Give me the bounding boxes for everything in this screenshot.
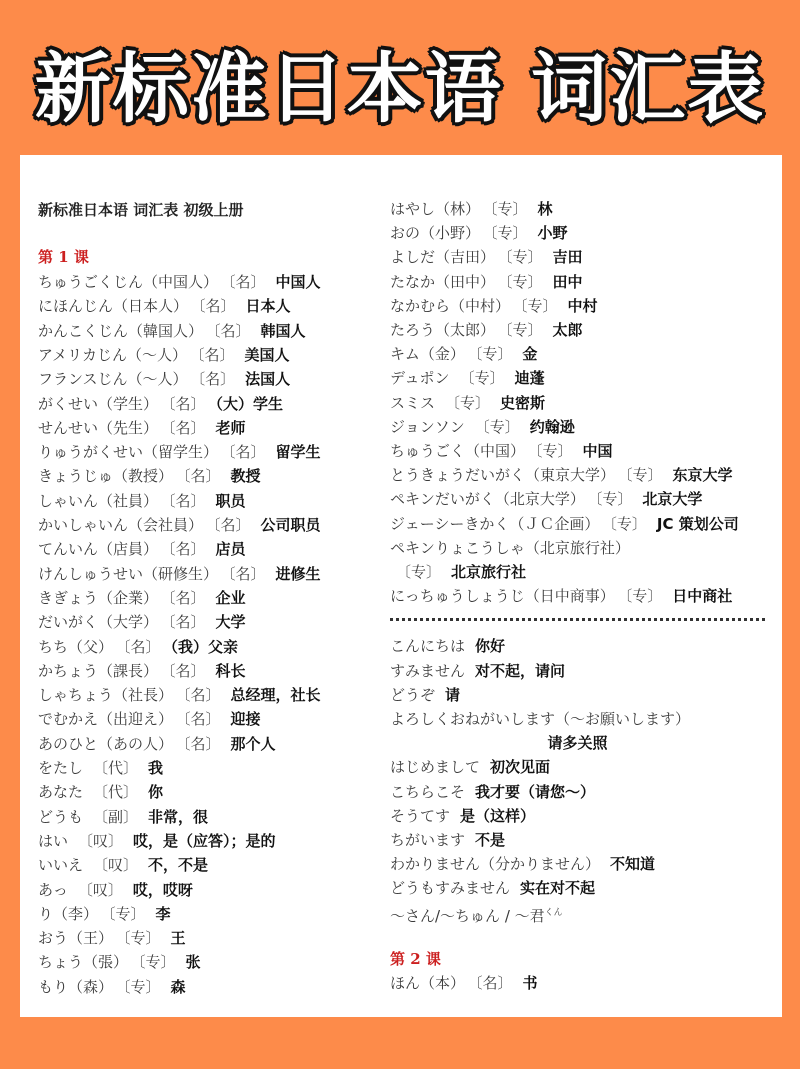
phrase-entry: そうてす是（这样）: [390, 804, 535, 828]
entry-meaning: 中村: [568, 297, 598, 315]
entry-meaning: （我）父亲: [171, 638, 239, 656]
entry-reading: アメリカじん（～人）: [38, 346, 187, 364]
entry-reading: キム（金）: [390, 345, 465, 363]
vocab-entry: ジョンソン〔专〕约翰逊: [390, 415, 575, 439]
entry-part-of-speech: 〔名〕: [168, 540, 206, 558]
vocab-entry: たろう（太郎）〔专〕太郎: [390, 318, 583, 342]
entry-part-of-speech: 〔专〕: [108, 905, 146, 923]
entry-part-of-speech: 〔专〕: [520, 297, 558, 315]
entry-part-of-speech: 〔代〕: [93, 783, 138, 801]
phrase-reading: どうもすみません: [390, 879, 510, 897]
entry-meaning: 迪蓬: [515, 369, 545, 387]
entry-part-of-speech: 〔专〕: [609, 515, 647, 533]
entry-meaning: 林: [538, 200, 553, 218]
phrase-meaning: 是（这样）: [460, 807, 535, 825]
dotted-divider: [390, 618, 765, 621]
phrase-reading: わかりません（分かりません）: [390, 855, 600, 873]
entry-reading: しゃちょう（社長）: [38, 686, 173, 704]
entry-meaning: 李: [156, 905, 171, 923]
entry-reading: かんこくじん（韓国人）: [38, 322, 203, 340]
phrase-reading: すみません: [390, 662, 465, 680]
entry-part-of-speech: 〔名〕: [168, 492, 206, 510]
vocab-entry: しゃちょう（社長）〔名〕总经理，社长: [38, 683, 321, 707]
vocab-entry: ジェーシーきかく（ＪＣ企画）〔专〕JC 策划公司: [390, 512, 739, 536]
entry-reading: ちょう（張）: [38, 953, 128, 971]
entry-reading: せんせい（先生）: [38, 419, 158, 437]
entry-part-of-speech: 〔名〕: [168, 662, 206, 680]
vocab-entry: あのひと（あの人）〔名〕那个人: [38, 732, 276, 756]
entry-reading: きょうじゅ（教授）: [38, 467, 173, 485]
entry-reading: ちゅうごく（中国）: [390, 442, 525, 460]
vocab-entry: ペキンりょこうしゃ（北京旅行社）: [390, 536, 630, 560]
phrase-meaning: 实在对不起: [520, 879, 595, 897]
entry-meaning: 非常，很: [148, 808, 208, 826]
phrase-reading: よろしくおねがいします（～お願いします）: [390, 710, 690, 728]
entry-part-of-speech: 〔专〕: [396, 563, 441, 581]
entry-meaning: （大）学生: [216, 395, 284, 413]
phrase-entry: 请多关照: [390, 731, 765, 755]
entry-meaning: 公司职员: [261, 516, 321, 534]
entry-meaning: 日中商社: [672, 587, 732, 605]
vocab-entry: スミス〔专〕史密斯: [390, 391, 545, 415]
entry-reading: どうも: [38, 808, 83, 826]
phrase-entry: はじめまして初次见面: [390, 755, 550, 779]
document-title: 新标准日本语 词汇表 初级上册: [38, 198, 243, 222]
vocab-entry: てんいん（店員）〔名〕店员: [38, 537, 246, 561]
entry-part-of-speech: 〔叹〕: [78, 832, 123, 850]
entry-meaning: 迎接: [231, 710, 261, 728]
entry-part-of-speech: 〔专〕: [138, 953, 176, 971]
entry-part-of-speech: 〔名〕: [197, 346, 235, 364]
entry-meaning: 约翰逊: [530, 418, 575, 436]
entry-meaning: 总经理，社长: [231, 686, 321, 704]
entry-reading: フランスじん（～人）: [38, 370, 188, 388]
vocab-entry: ちち（父）〔名〕（我）父亲: [38, 635, 238, 659]
vocab-entry: なかむら（中村）〔专〕中村: [390, 294, 598, 318]
vocab-entry: かんこくじん（韓国人）〔名〕韩国人: [38, 319, 306, 343]
vocab-entry: せんせい（先生）〔名〕老师: [38, 416, 246, 440]
entry-reading: がくせい（学生）: [38, 395, 158, 413]
entry-part-of-speech: 〔名〕: [183, 686, 221, 704]
phrase-entry: どうもすみません实在对不起: [390, 876, 595, 900]
phrase-reading: はじめまして: [390, 758, 480, 776]
entry-part-of-speech: 〔专〕: [625, 466, 663, 484]
entry-part-of-speech: 〔名〕: [123, 638, 161, 656]
phrase-entry: どうぞ请: [390, 683, 460, 707]
entry-reading: あのひと（あの人）: [38, 735, 173, 753]
entry-reading: たなか（田中）: [390, 273, 495, 291]
entry-part-of-speech: 〔名〕: [168, 395, 206, 413]
entry-reading: はやし（林）: [390, 200, 480, 218]
vocab-entry: もり（森）〔专〕森: [38, 975, 186, 999]
entry-reading: にほんじん（日本人）: [38, 297, 188, 315]
vocab-entry: あっ〔叹〕哎，哎呀: [38, 878, 193, 902]
entry-part-of-speech: 〔名〕: [228, 273, 266, 291]
entry-part-of-speech: 〔名〕: [475, 974, 513, 992]
vocab-entry: 〔专〕北京旅行社: [390, 560, 526, 584]
entry-meaning: 留学生: [276, 443, 321, 461]
entry-meaning: 美国人: [244, 346, 289, 364]
entry-meaning: 太郎: [553, 321, 583, 339]
phrase-entry: すみません对不起，请问: [390, 659, 565, 683]
vocab-entry: きぎょう（企業）〔名〕企业: [38, 586, 246, 610]
entry-reading: り（李）: [38, 905, 98, 923]
entry-reading: をたし: [38, 759, 83, 777]
entry-part-of-speech: 〔专〕: [625, 587, 663, 605]
entry-reading: よしだ（吉田）: [390, 248, 495, 266]
phrase-entry: わかりません（分かりません）不知道: [390, 852, 655, 876]
vocab-entry: いいえ〔叹〕不，不是: [38, 853, 208, 877]
phrase-reading: どうぞ: [390, 686, 435, 704]
phrase-entry: こちらこそ我才要（请您～）: [390, 780, 595, 804]
entry-reading: しゃいん（社員）: [38, 492, 158, 510]
phrase-entry: こんにちは你好: [390, 634, 505, 658]
entry-meaning: 教授: [231, 467, 261, 485]
entry-part-of-speech: 〔名〕: [198, 297, 236, 315]
vocab-entry: キム（金）〔专〕金: [390, 342, 537, 366]
entry-reading: おう（王）: [38, 929, 113, 947]
entry-meaning: 吉田: [553, 248, 583, 266]
entry-reading: かいしゃいん（会社員）: [38, 516, 203, 534]
entry-reading: ちち（父）: [38, 638, 113, 656]
phrase-meaning: 请多关照: [547, 734, 607, 752]
phrase-meaning: 初次见面: [490, 758, 550, 776]
entry-meaning: 法国人: [245, 370, 290, 388]
entry-part-of-speech: 〔专〕: [505, 321, 543, 339]
entry-part-of-speech: 〔专〕: [123, 978, 161, 996]
vocab-entry: にほんじん（日本人）〔名〕日本人: [38, 294, 291, 318]
entry-meaning: 中国人: [276, 273, 321, 291]
phrase-entry: ちがいます不是: [390, 828, 505, 852]
vocab-entry: おの（小野）〔专〕小野: [390, 221, 568, 245]
entry-meaning: JC 策划公司: [657, 515, 739, 533]
entry-meaning: 史密斯: [500, 394, 545, 412]
entry-reading: にっちゅうしょうじ（日中商事）: [390, 587, 615, 605]
phrase-reading: こんにちは: [390, 637, 465, 655]
vocab-entry: あなた〔代〕你: [38, 780, 163, 804]
vocab-entry: はい〔叹〕哎，是（应答）；是的: [38, 829, 276, 853]
phrase-reading: こちらこそ: [390, 783, 465, 801]
entry-meaning: 韩国人: [261, 322, 306, 340]
vocab-entry: ほん（本）〔名〕书: [390, 971, 538, 995]
phrase-meaning: 不知道: [610, 855, 655, 873]
entry-meaning: 东京大学: [673, 466, 733, 484]
phrase-meaning: 你好: [475, 637, 505, 655]
entry-reading: ちゅうごくじん（中国人）: [38, 273, 218, 291]
entry-part-of-speech: 〔名〕: [213, 516, 251, 534]
vocab-entry: り（李）〔专〕李: [38, 902, 171, 926]
entry-reading: りゅうがくせい（留学生）: [38, 443, 218, 461]
vocab-entry: ちょう（張）〔专〕张: [38, 950, 201, 974]
entry-reading: とうきょうだいがく（東京大学）: [390, 466, 615, 484]
entry-meaning: 企业: [216, 589, 246, 607]
entry-meaning: 店员: [216, 540, 246, 558]
entry-part-of-speech: 〔名〕: [183, 710, 221, 728]
banner-title: 新标准日本语 词汇表: [35, 28, 765, 137]
vocab-entry: しゃいん（社員）〔名〕职员: [38, 489, 246, 513]
vocab-entry: はやし（林）〔专〕林: [390, 197, 553, 221]
entry-meaning: 大学: [216, 613, 246, 631]
vocab-entry: りゅうがくせい（留学生）〔名〕留学生: [38, 440, 321, 464]
vocab-entry: よしだ（吉田）〔专〕吉田: [390, 245, 583, 269]
entry-part-of-speech: 〔名〕: [183, 735, 221, 753]
entry-reading: なかむら（中村）: [390, 297, 510, 315]
vocab-entry: ちゅうごく（中国）〔专〕中国: [390, 439, 613, 463]
vocab-entry: きょうじゅ（教授）〔名〕教授: [38, 464, 261, 488]
phrase-entry: よろしくおねがいします（～お願いします）: [390, 707, 690, 731]
entry-reading: スミス: [390, 394, 435, 412]
phrase-entry: ～さん/～ちゅん / ～君くん: [390, 901, 563, 925]
entry-reading: てんいん（店員）: [38, 540, 158, 558]
entry-reading: ほん（本）: [390, 974, 465, 992]
entry-part-of-speech: 〔叹〕: [78, 881, 123, 899]
entry-part-of-speech: 〔叹〕: [93, 856, 138, 874]
vocab-entry: かいしゃいん（会社員）〔名〕公司职员: [38, 513, 321, 537]
entry-meaning: 森: [171, 978, 186, 996]
phrase-meaning: 请: [445, 686, 460, 704]
entry-part-of-speech: 〔名〕: [198, 370, 236, 388]
entry-part-of-speech: 〔专〕: [445, 394, 490, 412]
entry-reading: デュポン: [390, 369, 450, 387]
entry-reading: あっ: [38, 881, 68, 899]
vocab-entry: アメリカじん（～人）〔名〕美国人: [38, 343, 289, 367]
vocab-entry: でむかえ（出迎え）〔名〕迎接: [38, 707, 261, 731]
entry-meaning: 书: [523, 974, 538, 992]
entry-meaning: 张: [186, 953, 201, 971]
entry-part-of-speech: 〔专〕: [123, 929, 161, 947]
vocab-entry: かちょう（課長）〔名〕科长: [38, 659, 246, 683]
entry-reading: ジョンソン: [390, 418, 465, 436]
entry-part-of-speech: 〔专〕: [475, 345, 513, 363]
entry-part-of-speech: 〔专〕: [535, 442, 573, 460]
entry-part-of-speech: 〔专〕: [595, 490, 633, 508]
lesson-2-heading: 第 2 课: [390, 947, 441, 971]
entry-reading: かちょう（課長）: [38, 662, 158, 680]
entry-meaning: 哎，哎呀: [133, 881, 193, 899]
entry-part-of-speech: 〔名〕: [228, 565, 266, 583]
phrase-reading: ～さん/～ちゅん / ～君: [390, 907, 545, 925]
entry-meaning: 小野: [538, 224, 568, 242]
vocab-entry: ペキンだいがく（北京大学）〔专〕北京大学: [390, 487, 702, 511]
entry-meaning: 那个人: [231, 735, 276, 753]
vocab-entry: けんしゅうせい（研修生）〔名〕进修生: [38, 562, 321, 586]
entry-reading: あなた: [38, 783, 83, 801]
vocab-panel: 新标准日本语 词汇表 初级上册 第 1 课 ちゅうごくじん（中国人）〔名〕中国人…: [20, 155, 782, 1017]
vocab-entry: おう（王）〔专〕王: [38, 926, 186, 950]
entry-meaning: 进修生: [276, 565, 321, 583]
vocab-entry: をたし〔代〕我: [38, 756, 163, 780]
entry-reading: ジェーシーきかく（ＪＣ企画）: [390, 515, 599, 533]
entry-meaning: 职员: [216, 492, 246, 510]
phrase-reading: そうてす: [390, 807, 450, 825]
entry-part-of-speech: 〔名〕: [168, 589, 206, 607]
phrase-meaning: 我才要（请您～）: [475, 783, 595, 801]
vocab-entry: どうも〔副〕非常，很: [38, 805, 208, 829]
phrase-meaning: 不是: [475, 831, 505, 849]
entry-meaning: 金: [522, 345, 537, 363]
entry-part-of-speech: 〔专〕: [505, 248, 543, 266]
entry-meaning: 我: [148, 759, 163, 777]
ruby-annotation: くん: [545, 908, 563, 918]
entry-meaning: 你: [148, 783, 163, 801]
entry-part-of-speech: 〔名〕: [168, 419, 206, 437]
entry-part-of-speech: 〔专〕: [475, 418, 520, 436]
entry-reading: たろう（太郎）: [390, 321, 495, 339]
entry-part-of-speech: 〔专〕: [460, 369, 505, 387]
entry-part-of-speech: 〔名〕: [213, 322, 251, 340]
entry-meaning: 中国: [583, 442, 613, 460]
entry-reading: ペキンだいがく（北京大学）: [390, 490, 585, 508]
vocab-entry: がくせい（学生）〔名〕（大）学生: [38, 392, 283, 416]
entry-reading: おの（小野）: [390, 224, 480, 242]
entry-meaning: 田中: [553, 273, 583, 291]
vocab-entry: だいがく（大学）〔名〕大学: [38, 610, 246, 634]
entry-reading: けんしゅうせい（研修生）: [38, 565, 218, 583]
entry-meaning: 不，不是: [148, 856, 208, 874]
entry-part-of-speech: 〔名〕: [228, 443, 266, 461]
entry-part-of-speech: 〔代〕: [93, 759, 138, 777]
phrase-reading: ちがいます: [390, 831, 465, 849]
entry-part-of-speech: 〔专〕: [490, 200, 528, 218]
entry-reading: はい: [38, 832, 68, 850]
entry-meaning: 北京大学: [642, 490, 702, 508]
entry-reading: きぎょう（企業）: [38, 589, 158, 607]
vocab-entry: とうきょうだいがく（東京大学）〔专〕东京大学: [390, 463, 733, 487]
entry-reading: もり（森）: [38, 978, 113, 996]
entry-part-of-speech: 〔名〕: [168, 613, 206, 631]
vocab-entry: ちゅうごくじん（中国人）〔名〕中国人: [38, 270, 321, 294]
entry-reading: いいえ: [38, 856, 83, 874]
vocab-entry: デュポン〔专〕迪蓬: [390, 366, 545, 390]
vocab-entry: たなか（田中）〔专〕田中: [390, 270, 583, 294]
entry-reading: でむかえ（出迎え）: [38, 710, 173, 728]
phrase-meaning: 对不起，请问: [475, 662, 565, 680]
entry-meaning: 王: [171, 929, 186, 947]
entry-meaning: 日本人: [246, 297, 291, 315]
entry-part-of-speech: 〔专〕: [505, 273, 543, 291]
entry-part-of-speech: 〔专〕: [490, 224, 528, 242]
banner: 新标准日本语 词汇表: [0, 0, 800, 155]
entry-reading: ペキンりょこうしゃ（北京旅行社）: [390, 539, 630, 557]
entry-reading: だいがく（大学）: [38, 613, 158, 631]
entry-meaning: 科长: [216, 662, 246, 680]
vocab-entry: にっちゅうしょうじ（日中商事）〔专〕日中商社: [390, 584, 732, 608]
entry-part-of-speech: 〔副〕: [93, 808, 138, 826]
vocab-entry: フランスじん（～人）〔名〕法国人: [38, 367, 290, 391]
entry-meaning: 哎，是（应答）；是的: [133, 832, 276, 850]
entry-part-of-speech: 〔名〕: [183, 467, 221, 485]
entry-meaning: 老师: [216, 419, 246, 437]
lesson-1-heading: 第 1 课: [38, 245, 89, 269]
entry-meaning: 北京旅行社: [451, 563, 526, 581]
